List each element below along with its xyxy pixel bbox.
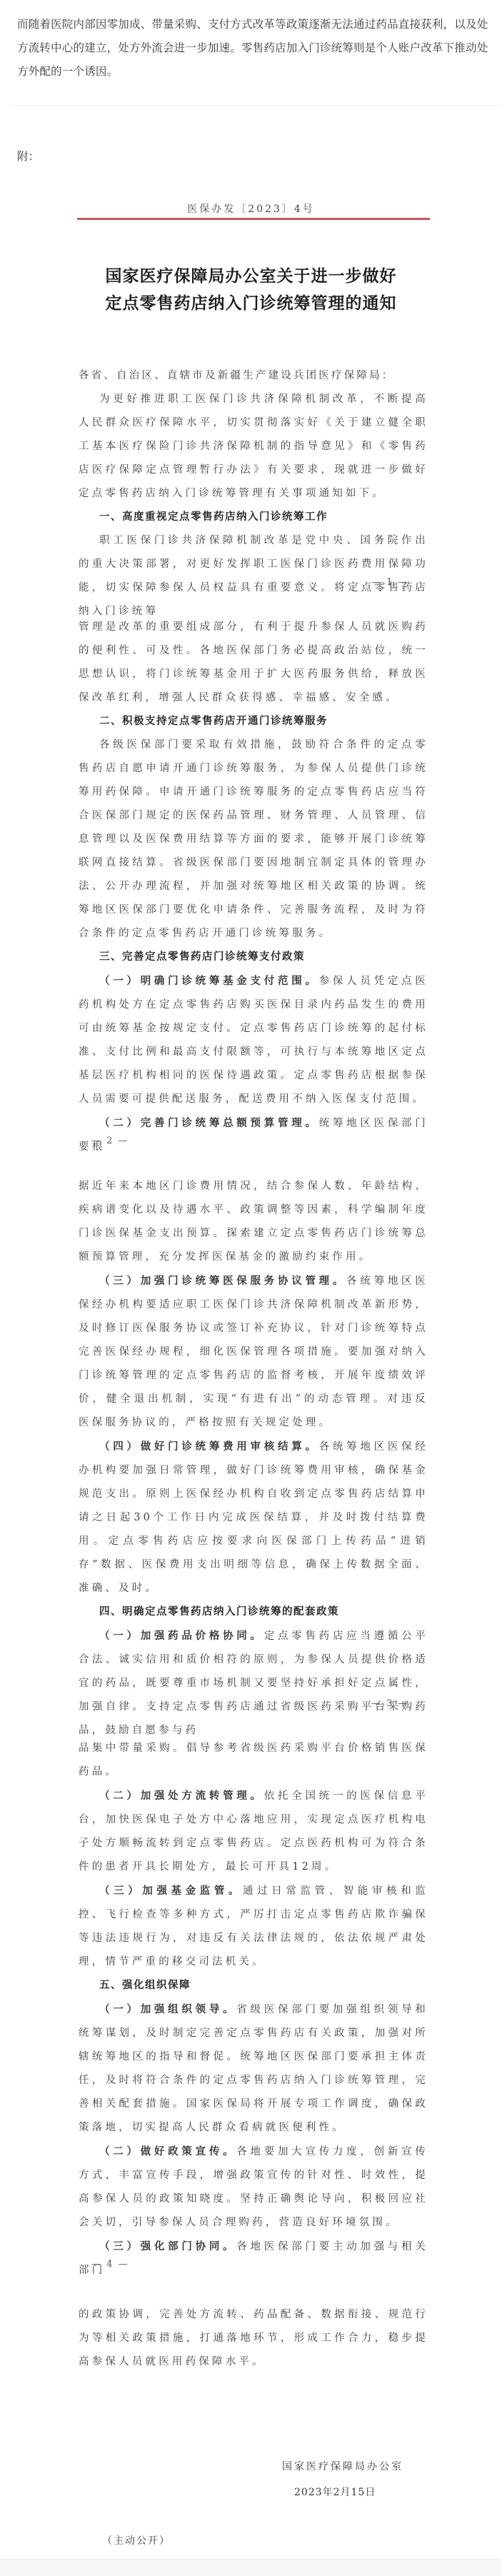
document-page-2: 管理是改革的重要组成部分，有利于提升参保人员就医购药的便利性、可及性。各地医保部… (79, 616, 428, 1159)
bottom-bar (0, 2559, 502, 2576)
document-title: 国家医疗保障局办公室关于进一步做好 定点零售药店纳入门诊统筹管理的通知 (0, 263, 502, 317)
document-page-3: 据近年来本地区门诊费用情况，结合参保人数、年龄结构、疾病谱变化以及待遇水平、政策… (79, 1175, 428, 1743)
red-rule-divider (77, 218, 430, 220)
item-5-1-text: 省级医保部门要加强组织领导和统筹谋划，及时制定完善定点零售药店有关政策，加强对所… (79, 2004, 428, 2133)
issue-date: 2023年2月15日 (294, 2485, 376, 2499)
item-4-3-text: 通过日常监管、智能审核和监控、飞行检查等多种方式，严厉打击定点零售药店欺诈骗保等… (79, 1885, 428, 1968)
page-number-1: — 1 — (371, 577, 409, 588)
title-line-2: 定点零售药店纳入门诊统筹管理的通知 (0, 290, 502, 317)
document-page-4: 品集中带量采购。倡导参考省级医药采购平台价格销售医保药品。 （二）加强处方流转管… (79, 1737, 428, 2282)
section-heading-1: 一、高度重视定点零售药店纳入门诊统筹工作 (79, 506, 428, 529)
item-4-2-text: 依托全国统一的医保信息平台，加快医保电子处方中心落地应用，实现定点医疗机构电子处… (79, 1790, 428, 1873)
section-1-paragraph-cont: 管理是改革的重要组成部分，有利于提升参保人员就医购药的便利性、可及性。各地医保部… (79, 616, 428, 710)
item-5-2-label: （二）做好政策宣传。 (99, 2145, 236, 2157)
section-heading-4: 四、明确定点零售药店纳入门诊统筹的配套政策 (79, 1600, 428, 1624)
item-3-4-text: 各统筹地区医保经办机构要加强日常管理，做好门诊统筹费用审核，确保基金规范支出。原… (79, 1441, 428, 1594)
item-4-1-text-cont: 品集中带量采购。倡导参考省级医药采购平台价格销售医保药品。 (79, 1737, 428, 1784)
item-5-3-label: （三）强化部门协同。 (99, 2240, 236, 2252)
item-3-4-label: （四）做好门诊统筹费用审核结算。 (99, 1440, 319, 1453)
item-3-2-label: （二）完善门诊统筹总额预算管理。 (99, 1117, 319, 1129)
item-5-1-label: （一）加强组织领导。 (99, 2003, 236, 2015)
item-4-1-label: （一）加强药品价格协同。 (99, 1630, 264, 1642)
item-5-2-text: 各地要加大宣传力度，创新宣传方式，丰富宣传手段，增强政策宣传的针对性、时效性，提… (79, 2146, 428, 2228)
attachment-label: 附： (17, 148, 39, 164)
section-heading-5: 五、强化组织保障 (79, 1974, 428, 1998)
page-number-2: — 2 — (91, 1136, 129, 1146)
item-3-1-text: 参保人员凭定点医药机构处方在定点零售药店购买医保目录内药品发生的费用可由统筹基金… (79, 976, 428, 1105)
page-number-3: — 3 — (371, 1698, 409, 1709)
section-heading-2: 二、积极支持定点零售药店开通门诊统筹服务 (79, 710, 428, 733)
page-number-4: — 4 — (91, 2259, 129, 2270)
section-2-paragraph: 各级医保部门要采取有效措施，鼓励符合条件的定点零售药店自愿申请开通门诊统筹服务，… (79, 733, 428, 946)
section-heading-3: 三、完善定点零售药店门诊统筹支付政策 (79, 946, 428, 969)
item-3-3-text: 各统筹地区医保经办机构要适应职工医保门诊共济保障机制改革新形势，及时修订医保服务… (79, 1276, 428, 1428)
item-4-2-label: （二）加强处方流转管理。 (99, 1790, 264, 1802)
disclosure-note: （主动公开） (102, 2533, 171, 2547)
item-4-1-text: 定点零售药店应当遵循公平合法、诚实信用和质价相符的原则，为参保人员提供价格适宜的… (79, 1630, 428, 1736)
divider (10, 105, 502, 106)
item-3-1-label: （一）明确门诊统筹基金支付范围。 (99, 975, 319, 987)
intro-paragraph: 而随着医院内部因零加成、带量采购、支付方式改革等政策逐渐无法通过药品直接获利，以… (17, 13, 488, 84)
item-5-3-text-cont: 的政策协调，完善处方流转、药品配备、数据衔接、规范行为等相关政策措施，打通落地环… (79, 2303, 428, 2374)
section-1-paragraph: 职工医保门诊共济保障机制改革是党中央、国务院作出的重大决策部署，对更好发挥职工医… (79, 529, 428, 623)
item-3-3-label: （三）加强门诊统筹医保服务协议管理。 (99, 1275, 346, 1287)
preamble: 为更好推进职工医保门诊共济保障机制改革，不断提高人民群众医疗保障水平，切实贯彻落… (79, 388, 428, 506)
title-line-1: 国家医疗保障局办公室关于进一步做好 (0, 263, 502, 290)
document-page-5: 的政策协调，完善处方流转、药品配备、数据衔接、规范行为等相关政策措施，打通落地环… (79, 2303, 428, 2374)
item-4-3-label: （三）加强基金监管。 (99, 1885, 243, 1897)
salutation: 各省、自治区、直辖市及新疆生产建设兵团医疗保障局： (79, 364, 428, 388)
issuer-signature: 国家医疗保障局办公室 (282, 2459, 403, 2473)
item-3-2-text-cont: 据近年来本地区门诊费用情况，结合参保人数、年龄结构、疾病谱变化以及待遇水平、政策… (79, 1175, 428, 1269)
document-number: 医保办发〔2023〕4号 (0, 201, 502, 216)
